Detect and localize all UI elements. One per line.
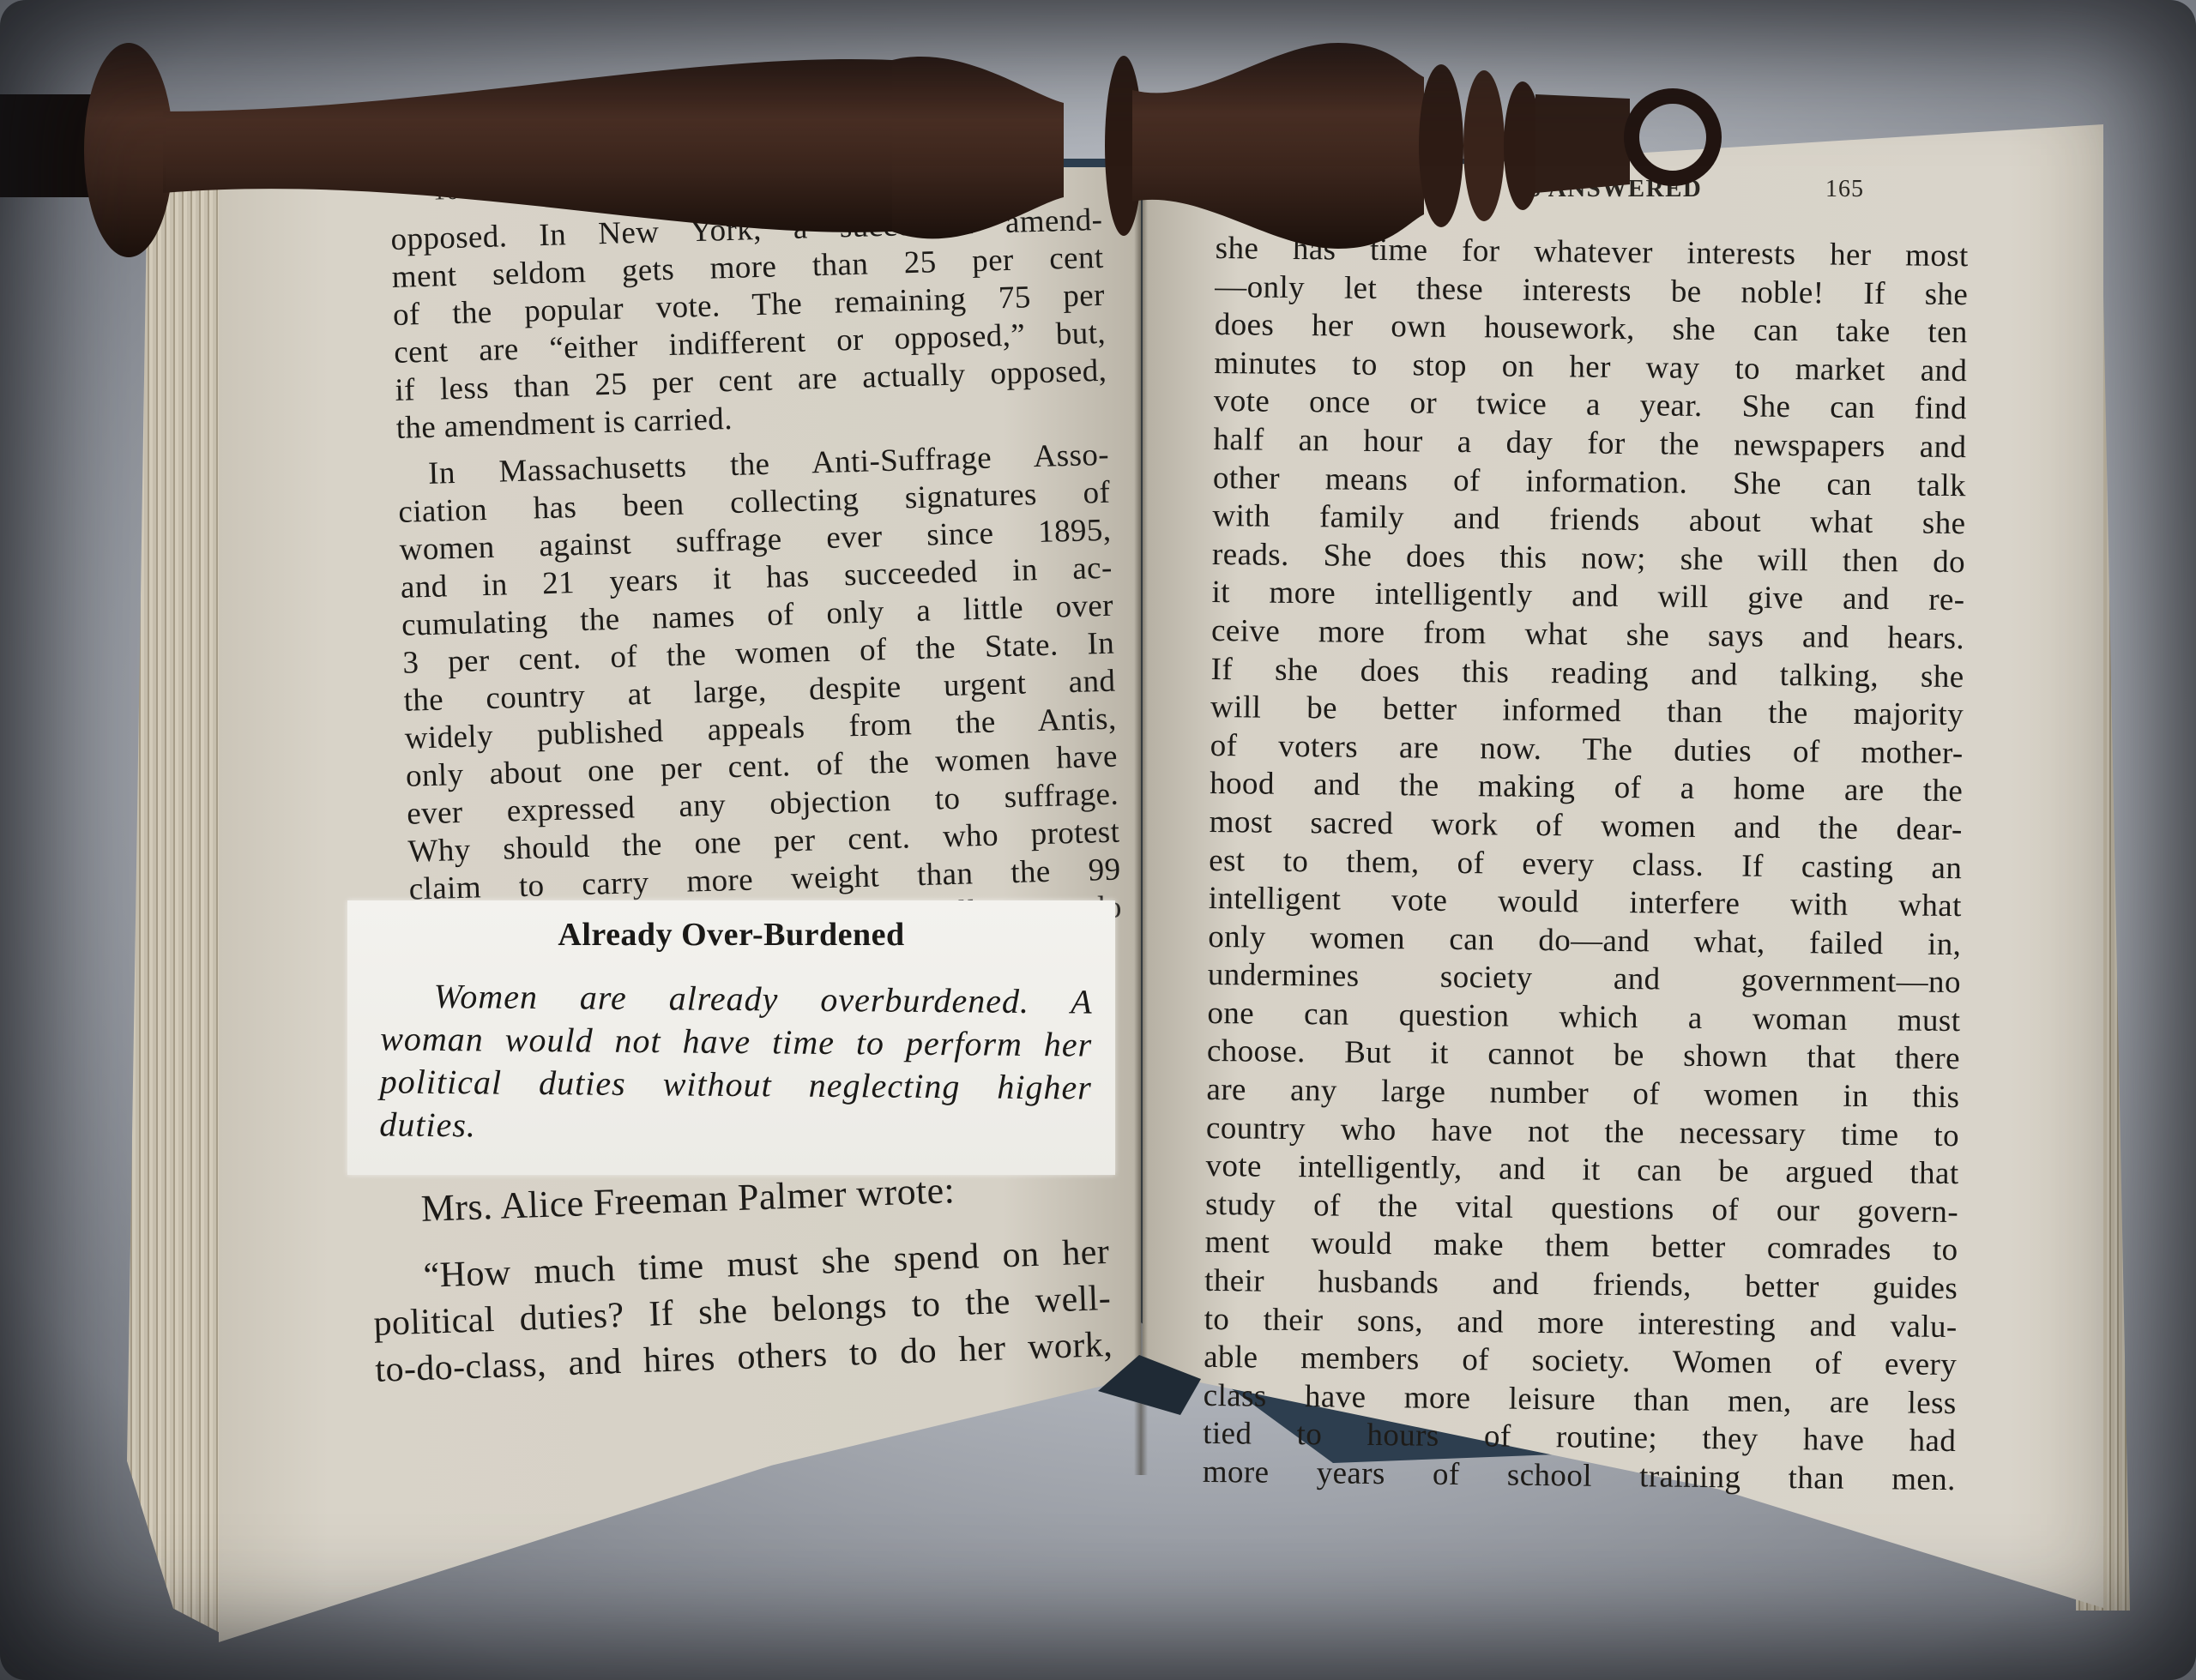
- section-heading: Already Over-Burdened: [347, 916, 1115, 954]
- wooden-page-holder-icon: [0, 34, 1724, 274]
- palmer-quote: Mrs. Alice Freeman Palmer wrote: “How mu…: [369, 1162, 1113, 1394]
- text-line: woman would not have time to perform her: [380, 1017, 1092, 1066]
- right-page-text: she has time for whatever interests her …: [1203, 230, 1969, 1500]
- text-line: more years of school training than men.: [1203, 1454, 1956, 1500]
- book-gutter: [1134, 137, 1148, 1475]
- page-number-right: 165: [1825, 176, 1864, 203]
- objection-text: Women are already overburdened. A woman …: [379, 974, 1093, 1152]
- highlighted-objection: Already Over-Burdened Women are already …: [347, 900, 1115, 1175]
- text-line: Women are already overburdened. A: [380, 974, 1092, 1023]
- left-page-text: opposed. In New York, a successful amend…: [390, 202, 1124, 985]
- text-line: duties.: [379, 1103, 1091, 1152]
- page-edges-left: [127, 163, 230, 1638]
- text-line: political duties without neglecting high…: [380, 1060, 1092, 1109]
